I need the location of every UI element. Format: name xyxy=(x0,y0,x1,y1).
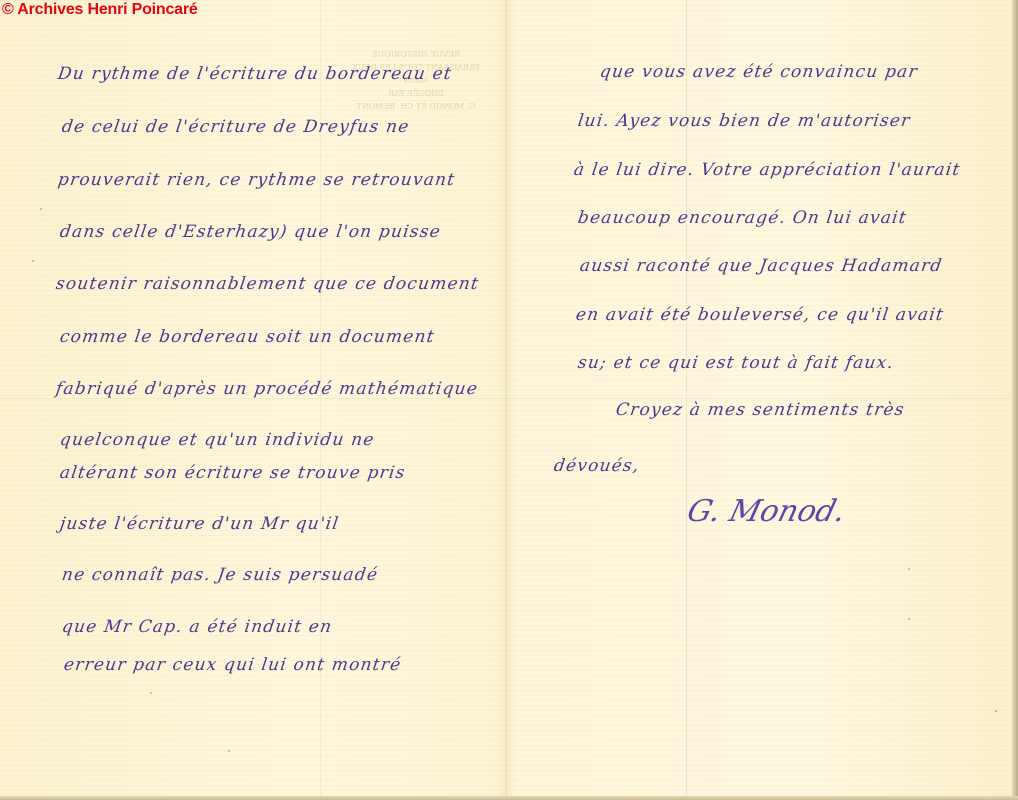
handwritten-line: comme le bordereau soit un document xyxy=(59,327,437,347)
paper-speck xyxy=(32,260,34,262)
paper-speck xyxy=(228,750,230,752)
handwritten-line: lui. Ayez vous bien de m'autoriser xyxy=(577,111,912,131)
paper-speck xyxy=(908,618,910,620)
handwritten-line: prouverait rien, ce rythme se retrouvant xyxy=(57,170,457,190)
handwritten-line: de celui de l'écriture de Dreyfus ne xyxy=(61,117,411,137)
paper-speck xyxy=(40,208,42,210)
bleed-line: REVUE HISTORIQUE xyxy=(346,48,486,61)
handwritten-line: beaucoup encouragé. On lui avait xyxy=(577,208,909,228)
handwritten-line: à le lui dire. Votre appréciation l'aura… xyxy=(573,160,962,180)
handwritten-line: dans celle d'Esterhazy) que l'on puisse xyxy=(59,222,443,242)
copyright-watermark: © Archives Henri Poincaré xyxy=(2,1,198,19)
handwritten-line: su; et ce qui est tout à fait faux. xyxy=(577,353,896,373)
bleed-line: DIRIGÉE PAR xyxy=(346,87,486,100)
signature: G. Monod. xyxy=(684,494,850,529)
handwritten-line: fabriqué d'après un procédé mathématique xyxy=(55,379,480,399)
page-edge-right xyxy=(1012,0,1018,800)
handwritten-line: soutenir raisonnablement que ce document xyxy=(55,274,481,294)
handwritten-line: que vous avez été convaincu par xyxy=(599,62,920,82)
handwritten-line: Du rythme de l'écriture du bordereau et xyxy=(57,64,454,84)
handwritten-line: aussi raconté que Jacques Hadamard xyxy=(579,256,944,276)
handwritten-line: altérant son écriture se trouve pris xyxy=(59,463,407,483)
handwritten-line: erreur par ceux qui lui ont montré xyxy=(63,655,403,675)
paper-speck xyxy=(908,568,910,570)
center-fold xyxy=(506,0,508,800)
handwritten-line: Croyez à mes sentiments très xyxy=(615,400,906,420)
handwritten-line: juste l'écriture d'un Mr qu'il xyxy=(59,514,341,534)
page-edge-bottom xyxy=(0,796,1018,800)
paper-speck xyxy=(150,692,152,694)
handwritten-line: quelconque et qu'un individu ne xyxy=(59,430,376,450)
handwritten-line: en avait été bouleversé, ce qu'il avait xyxy=(575,305,946,325)
paper-speck xyxy=(995,710,997,712)
handwritten-line: que Mr Cap. a été induit en xyxy=(61,617,334,637)
bleed-line: G. MONOD ET CH. BÉMONT xyxy=(346,100,486,113)
handwritten-line: dévoués, xyxy=(553,456,641,476)
handwritten-line: ne connaît pas. Je suis persuadé xyxy=(61,565,380,585)
